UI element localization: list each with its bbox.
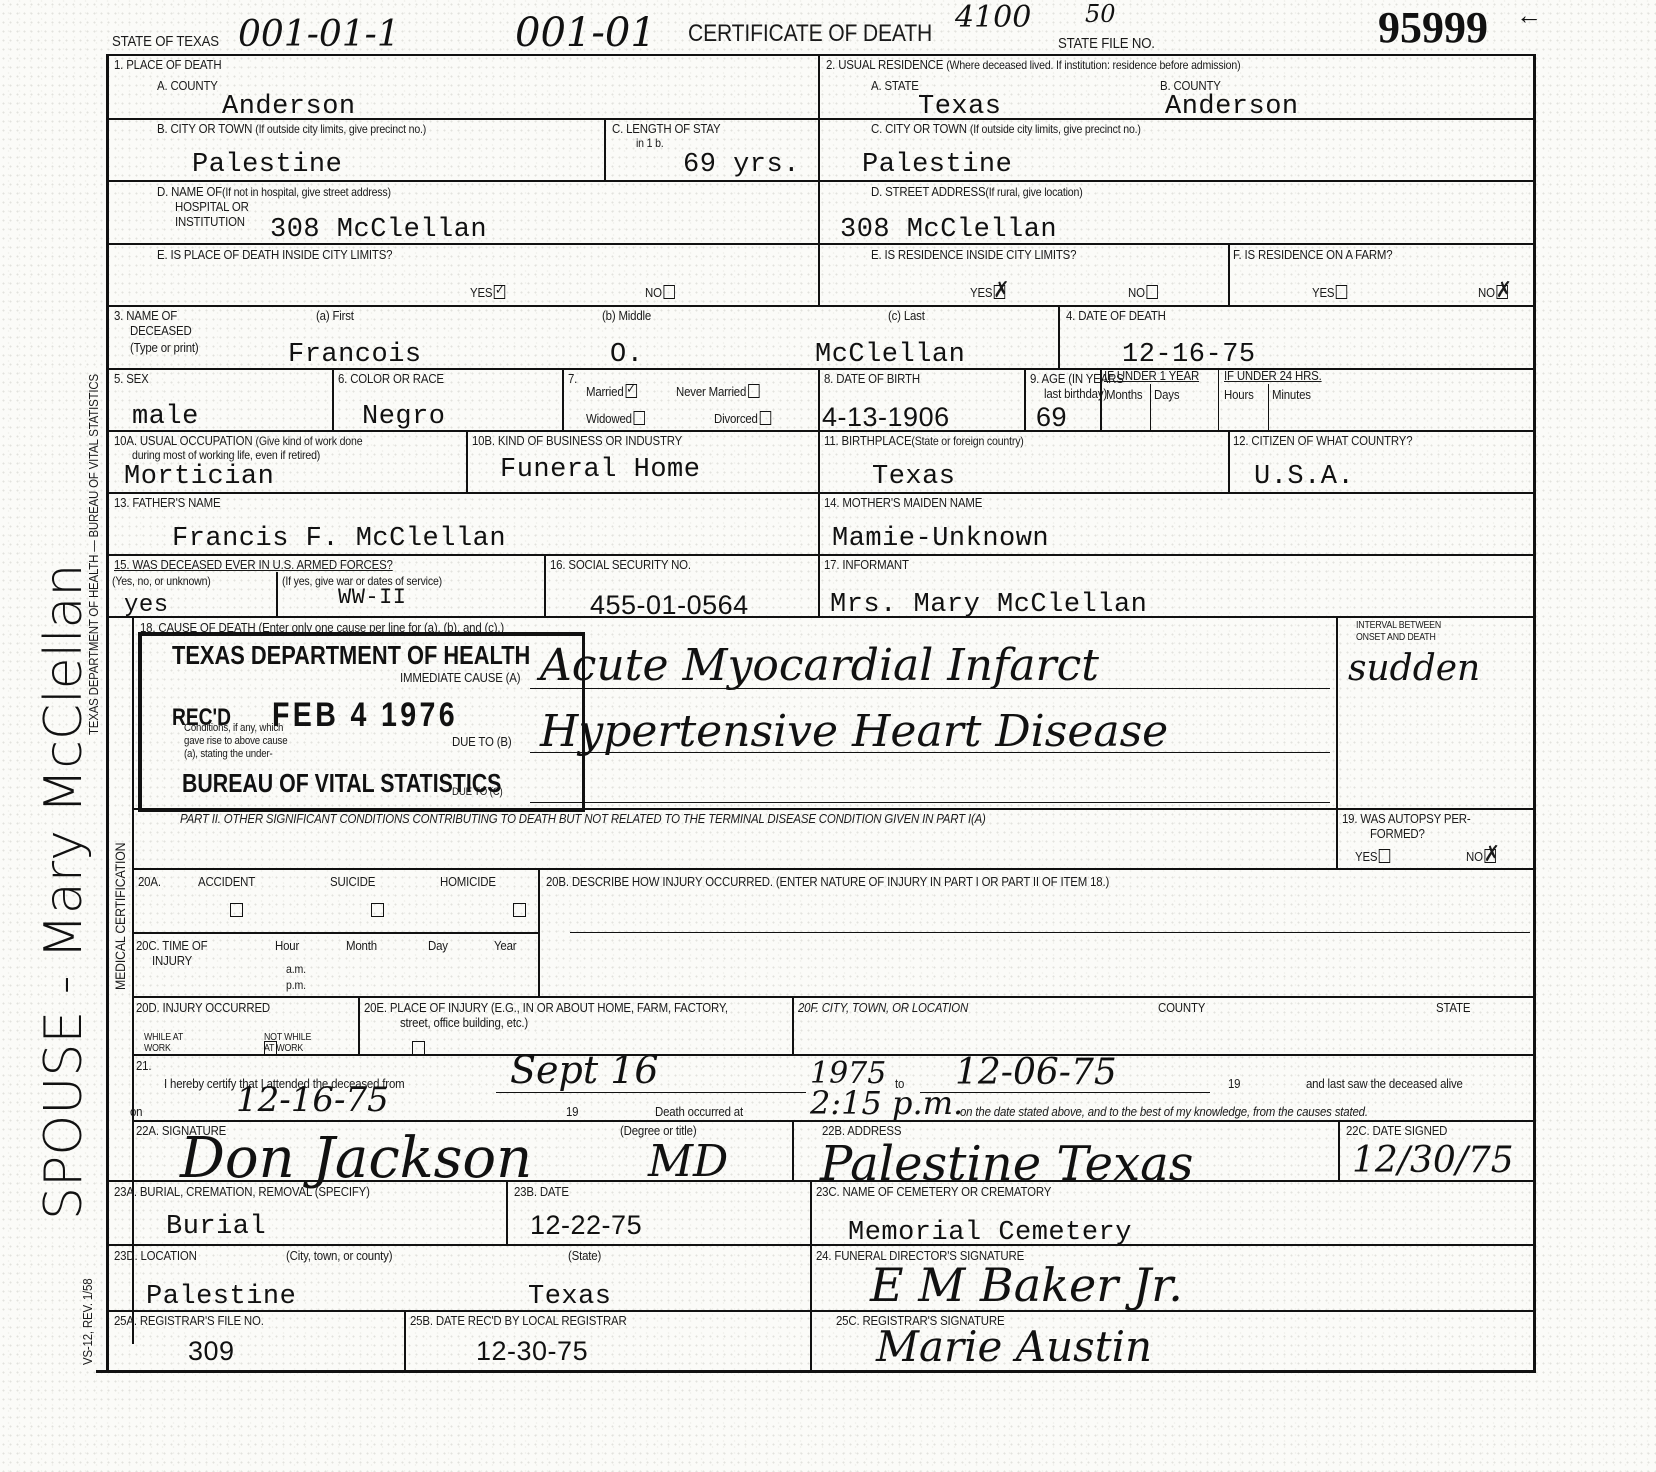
divider [1058, 305, 1060, 368]
form-bottom-border [96, 1370, 1536, 1373]
age-value: 69 [1036, 402, 1067, 433]
burial-date-value: 12-22-75 [530, 1210, 642, 1241]
residence-inside-limits-yes[interactable]: YES [970, 285, 1006, 300]
checkbox-checked[interactable] [625, 384, 636, 398]
armed-forces-value: yes [124, 592, 169, 619]
name-label-b: DECEASED [130, 323, 192, 338]
burial-date-label: 23b. DATE [514, 1184, 569, 1199]
divider [562, 368, 564, 430]
middle-name-label: (b) Middle [602, 308, 651, 323]
cause-b-handwritten: Hypertensive Heart Disease [540, 706, 1168, 757]
medical-certification-vertical-label: MEDICAL CERTIFICATION [112, 843, 128, 990]
state-file-number: 95999 [1378, 2, 1488, 53]
father-label: 13. FATHER'S NAME [114, 495, 220, 510]
interval-value: sudden [1348, 648, 1480, 689]
date-received-label: 25b. DATE REC'D BY LOCAL REGISTRAR [410, 1313, 627, 1328]
divider [1218, 368, 1219, 430]
father-value: Francis F. McClellan [172, 524, 506, 554]
residence-state-label: a. STATE [871, 78, 919, 93]
divider [818, 368, 820, 430]
hospital-value: 308 McClellan [270, 215, 487, 245]
business-value: Funeral Home [500, 455, 700, 485]
checkbox-checked[interactable] [1497, 285, 1508, 299]
armed-forces-label: 15. WAS DECEASED EVER IN U.S. ARMED FORC… [114, 557, 393, 572]
divider [810, 1180, 812, 1370]
place-of-injury-label-2: street, office building, etc.) [400, 1015, 528, 1030]
location-state-value: Texas [528, 1282, 612, 1312]
business-label: 10b. KIND OF BUSINESS OR INDUSTRY [472, 433, 682, 448]
department-vertical-text: TEXAS DEPARTMENT OF HEALTH — BUREAU OF V… [86, 374, 101, 735]
divider [134, 868, 1534, 870]
name-label-c: (Type or print) [130, 340, 199, 355]
armed-war-value: WW-II [338, 585, 407, 610]
date-signed-label: 22c. DATE SIGNED [1346, 1123, 1447, 1138]
first-name-label: (a) First [316, 308, 354, 323]
marital-never-married[interactable]: Never Married [676, 384, 759, 399]
citizen-value: U.S.A. [1254, 462, 1354, 492]
homicide-label: HOMICIDE [440, 874, 496, 889]
interval-label: INTERVAL BETWEEN ONSET AND DEATH [1356, 620, 1453, 644]
residence-street-label: d. STREET ADDRESS(If rural, give locatio… [871, 184, 1083, 199]
death-inside-city-limits-label: e. IS PLACE OF DEATH INSIDE CITY LIMITS? [157, 247, 392, 262]
divider [134, 996, 1534, 998]
under-24-hours-label: IF UNDER 24 HRS. [1224, 368, 1322, 383]
divider [106, 1180, 1536, 1182]
dob-label: 8. DATE OF BIRTH [824, 371, 920, 386]
divider [134, 1120, 1534, 1122]
document-title: CERTIFICATE OF DEATH [688, 20, 932, 48]
certify-text-3: on the date stated above, and to the bes… [960, 1104, 1368, 1119]
handwritten-code-4: 50 [1085, 0, 1116, 28]
city-label: b. CITY OR TOWN (If outside city limits,… [157, 121, 426, 136]
stamp-line-1: TEXAS DEPARTMENT OF HEALTH [172, 640, 530, 671]
divider [544, 554, 546, 616]
ssn-label: 16. SOCIAL SECURITY NO. [550, 557, 691, 572]
burial-method-value: Burial [166, 1212, 266, 1242]
cause-a-line [530, 688, 1330, 689]
stamp-line-3: BUREAU OF VITAL STATISTICS [182, 768, 501, 799]
injury-city-label: 20f. CITY, TOWN, OR LOCATION [798, 1000, 968, 1015]
divider [108, 305, 1536, 307]
registrar-signature: Marie Austin [876, 1322, 1152, 1371]
handwritten-code-3: 4100 [955, 0, 1031, 35]
checkbox[interactable] [634, 411, 645, 425]
location-city-label: (City, town, or county) [286, 1248, 392, 1263]
describe-line [570, 932, 1530, 933]
length-of-stay-label: c. LENGTH OF STAY [612, 121, 720, 136]
occupation-value: Mortician [124, 462, 274, 492]
attended-to-value: 12-06-75 [955, 1052, 1117, 1093]
item-20a-label: 20a. [138, 874, 161, 889]
sex-label: 5. SEX [114, 371, 149, 386]
residence-on-farm-label: f. IS RESIDENCE ON A FARM? [1233, 247, 1392, 262]
stamp-date: FEB 4 1976 [272, 696, 458, 735]
length-of-stay-sub: in 1 b. [636, 136, 664, 150]
checkbox[interactable] [664, 285, 675, 299]
residence-street-value: 308 McClellan [840, 215, 1057, 245]
divider [466, 430, 468, 492]
minutes-label: Minutes [1272, 387, 1311, 402]
age-label-2: last birthday) [1044, 386, 1107, 401]
am-label: a.m. [286, 962, 306, 976]
hour-label: Hour [275, 938, 299, 953]
divider [818, 492, 820, 554]
autopsy-yes[interactable]: YES [1355, 849, 1391, 864]
divider [108, 492, 1536, 494]
divider [1228, 243, 1230, 305]
checkbox[interactable] [1336, 285, 1347, 299]
yr3-prefix: 19 [566, 1104, 578, 1119]
checkbox[interactable] [748, 384, 759, 398]
checkbox[interactable] [759, 411, 770, 425]
divider [1100, 368, 1102, 430]
race-value: Negro [362, 402, 446, 432]
describe-injury-label: 20b. DESCRIBE HOW INJURY OCCURRED. (Ente… [546, 874, 1109, 889]
divider [1336, 616, 1338, 868]
not-while-at-work-checkbox[interactable] [412, 1041, 425, 1055]
divider [108, 368, 1536, 370]
state-of-texas-label: STATE OF TEXAS [112, 33, 219, 50]
time-of-injury-label: 20c. TIME OF [136, 938, 207, 953]
date-signed-value: 12/30/75 [1352, 1140, 1514, 1181]
line [920, 1092, 1210, 1093]
divider [332, 368, 334, 430]
death-inside-limits-no[interactable]: NO [645, 285, 675, 300]
residence-city-value: Palestine [862, 150, 1012, 180]
cause-c-line [530, 802, 1330, 803]
death-city-value: Palestine [192, 150, 342, 180]
handwritten-code-2: 001-01 [515, 10, 656, 56]
divider [404, 1310, 406, 1370]
location-label: 23d. LOCATION [114, 1248, 197, 1263]
injury-state-label: STATE [1436, 1000, 1470, 1015]
divider [358, 996, 360, 1054]
form-number: VS-12, REV. 1/58 [80, 1279, 95, 1365]
form-top-border [106, 54, 1536, 56]
divider [1338, 1120, 1340, 1180]
citizen-label: 12. CITIZEN OF WHAT COUNTRY? [1233, 433, 1412, 448]
middle-name-value: O. [610, 340, 643, 370]
month-label: Month [346, 938, 377, 953]
accident-checkbox[interactable] [230, 903, 243, 917]
residence-inside-limits-no[interactable]: NO [1128, 285, 1158, 300]
location-city-value: Palestine [146, 1282, 296, 1312]
birthplace-value: Texas [872, 462, 956, 492]
divider [108, 430, 1536, 432]
length-of-stay-value: 69 yrs. [683, 150, 800, 180]
mother-label: 14. MOTHER'S MAIDEN NAME [824, 495, 982, 510]
line [496, 1092, 806, 1093]
last-seen-value: 12-16-75 [236, 1080, 389, 1120]
medical-section-border [132, 616, 134, 1344]
farm-yes[interactable]: YES [1312, 285, 1348, 300]
usual-residence-heading: 2. USUAL RESIDENCE (Where deceased lived… [826, 57, 1240, 72]
divider [792, 1120, 794, 1180]
occupation-note: during most of working life, even if ret… [132, 448, 320, 462]
date-of-death-value: 12-16-75 [1122, 340, 1256, 370]
not-while-at-work[interactable]: NOT WHILE AT WORK [264, 1032, 317, 1054]
days-label: Days [1154, 387, 1179, 402]
checkbox-checked[interactable] [1485, 849, 1496, 863]
occupation-label: 10a. USUAL OCCUPATION (Give kind of work… [114, 433, 362, 448]
under-1-year-label: IF UNDER 1 YEAR [1104, 368, 1199, 383]
mother-value: Mamie-Unknown [832, 524, 1049, 554]
burial-method-label: 23a. BURIAL, CREMATION, REMOVAL (Specify… [114, 1184, 370, 1199]
injury-occurred-label: 20d. INJURY OCCURRED [136, 1000, 270, 1015]
hospital-label-3: INSTITUTION [175, 214, 245, 229]
item-21-label: 21. [136, 1058, 151, 1073]
accident-label: ACCIDENT [198, 874, 255, 889]
day-label: Day [428, 938, 448, 953]
divider [604, 118, 606, 180]
marital-married[interactable]: Married [586, 384, 637, 399]
suicide-label: SUICIDE [330, 874, 375, 889]
place-of-death-heading: 1. PLACE OF DEATH [114, 57, 221, 72]
marital-widowed[interactable]: Widowed [586, 411, 645, 426]
hours-label: Hours [1224, 387, 1254, 402]
hospital-label: d. NAME OF(If not in hospital, give stre… [157, 184, 391, 199]
divider [1268, 384, 1269, 430]
cemetery-label: 23c. NAME OF CEMETERY OR CREMATORY [816, 1184, 1051, 1199]
informant-label: 17. INFORMANT [824, 557, 909, 572]
while-at-work[interactable]: WHILE AT WORK [144, 1032, 197, 1054]
registrar-file-label: 25a. REGISTRAR'S FILE NO. [114, 1313, 264, 1328]
dob-value: 4-13-1906 [822, 402, 950, 433]
divider [1024, 368, 1026, 430]
injury-county-label: COUNTY [1158, 1000, 1205, 1015]
attended-from-value: Sept 16 [510, 1048, 659, 1092]
part-two-label: PART II. OTHER SIGNIFICANT CONDITIONS CO… [180, 811, 986, 826]
location-state-label: (State) [568, 1248, 601, 1263]
autopsy-label: 19. WAS AUTOPSY PER- [1342, 811, 1471, 826]
sex-value: male [132, 402, 199, 432]
pm-label: p.m. [286, 978, 306, 992]
armed-yn-label: (Yes, no, or unknown) [112, 574, 211, 588]
name-label-a: 3. NAME OF [114, 308, 177, 323]
divider [1228, 430, 1230, 492]
divider [134, 932, 539, 934]
divider [134, 808, 1534, 810]
suicide-checkbox[interactable] [371, 903, 384, 917]
hospital-label-2: HOSPITAL OR [175, 199, 249, 214]
marital-divorced[interactable]: Divorced [714, 411, 771, 426]
death-occurred-at-label: Death occurred at [655, 1104, 743, 1119]
cause-b-line [530, 752, 1330, 753]
on-label: on [130, 1104, 142, 1119]
birthplace-label: 11. BIRTHPLACE(State or foreign country) [824, 433, 1024, 448]
last-name-label: (c) Last [888, 308, 925, 323]
form-right-border [1533, 55, 1536, 1370]
autopsy-label-2: FORMED? [1370, 826, 1425, 841]
residence-city-label: c. CITY OR TOWN (If outside city limits,… [871, 121, 1141, 136]
divider [108, 616, 1536, 618]
county-label: a. COUNTY [157, 78, 218, 93]
divider [792, 996, 794, 1054]
divider [108, 118, 1536, 120]
form-left-border [106, 55, 109, 1370]
date-of-death-label: 4. DATE OF DEATH [1066, 308, 1166, 323]
funeral-director-signature: E M Baker Jr. [870, 1258, 1183, 1312]
divider [818, 430, 820, 492]
handwritten-code-1: 001-01-1 [238, 14, 400, 55]
divider [506, 1180, 508, 1244]
residence-inside-city-limits-label: e. IS RESIDENCE INSIDE CITY LIMITS? [871, 247, 1076, 262]
last-name-value: McClellan [815, 340, 965, 370]
date-received-value: 12-30-75 [476, 1336, 588, 1367]
death-time-value: 2:15 p.m. [810, 1084, 963, 1122]
farm-no[interactable]: NO [1478, 285, 1508, 300]
arrow-mark-icon: ← [1516, 0, 1542, 31]
certify-text-2: and last saw the deceased alive [1306, 1076, 1463, 1091]
residence-state-value: Texas [918, 92, 1002, 122]
divider [108, 180, 1536, 182]
time-of-injury-label-2: INJURY [152, 953, 192, 968]
cause-a-handwritten: Acute Myocardial Infarct [540, 640, 1099, 691]
year-label: Year [494, 938, 516, 953]
race-label: 6. COLOR OR RACE [338, 371, 444, 386]
divider [106, 1244, 1536, 1246]
months-label: Months [1106, 387, 1142, 402]
place-of-injury-label: 20e. PLACE OF INJURY (e.g., in or about … [364, 1000, 728, 1015]
residence-county-label: b. COUNTY [1160, 78, 1221, 93]
divider [106, 1310, 1536, 1312]
divider [108, 243, 1536, 245]
handwritten-spouse-note: SPOUSE - Mary McClellan [34, 564, 94, 1220]
death-inside-limits-yes[interactable]: YES [470, 285, 506, 300]
registrar-file-value: 309 [188, 1336, 235, 1367]
divider [276, 572, 278, 616]
residence-county-value: Anderson [1165, 92, 1299, 122]
checkbox-checked[interactable] [494, 285, 505, 299]
conditions-label: Conditions, if any, which gave rise to a… [184, 722, 290, 761]
checkbox-checked[interactable] [994, 285, 1005, 299]
homicide-checkbox[interactable] [513, 903, 526, 917]
divider [818, 554, 820, 616]
yr2-prefix: 19 [1228, 1076, 1240, 1091]
checkbox[interactable] [1147, 285, 1158, 299]
divider [108, 554, 1536, 556]
checkbox[interactable] [1379, 849, 1390, 863]
divider [1150, 384, 1151, 430]
first-name-value: Francois [288, 340, 422, 370]
autopsy-no[interactable]: NO [1466, 849, 1496, 864]
marital-number: 7. [568, 371, 577, 386]
state-file-label: STATE FILE NO. [1058, 35, 1155, 52]
